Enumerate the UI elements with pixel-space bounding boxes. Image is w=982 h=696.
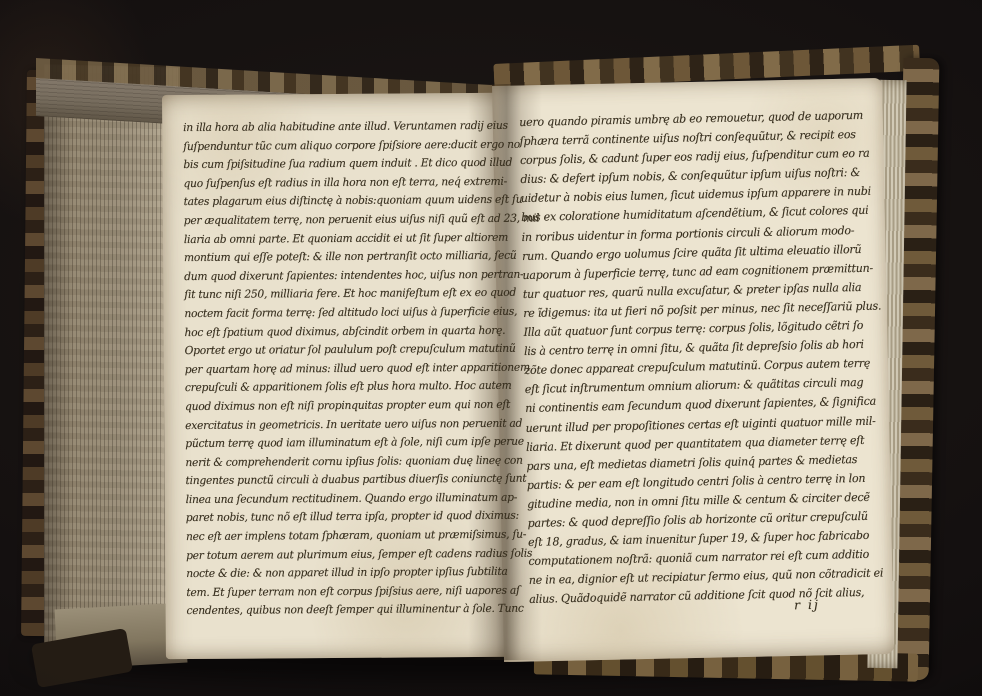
text-line: exercitatus in geometricis. In ueritate …: [185, 414, 501, 435]
text-line: tates plagarum eius diſtinctę à nobis:qu…: [184, 191, 500, 212]
text-line: noctem facit forma terrę: ſed altitudo l…: [184, 303, 500, 324]
text-line: bis cum ſpiſsitudine ſua radium quem ind…: [183, 154, 499, 175]
text-line: ſuſpenduntur tũc cum aliquo corpore ſpiſ…: [183, 135, 499, 156]
right-page-text: uero quando piramis umbrę ab eo remouetu…: [519, 105, 891, 609]
book-photograph: in illa hora ab alia habitudine ante ill…: [0, 0, 982, 696]
text-line: cendentes, quibus non deeſt ſemper qui i…: [186, 600, 502, 621]
text-line: paret nobis, tunc nõ eſt illud terra ipſ…: [186, 507, 502, 528]
text-line: tingentes punctũ circuli à duabus partib…: [185, 470, 501, 491]
text-line: hoc eſt ſpatium quod diximus, abſcindit …: [184, 321, 500, 342]
text-line: linea una ſecundum rectitudinem. Quando …: [186, 489, 502, 510]
text-line: crepuſculi & apparitionem ſolis eſt plus…: [185, 377, 501, 398]
text-line: per quartam horę ad minus: illud uero qu…: [185, 359, 501, 380]
text-line: nerit & comprehenderit cornu ipſius ſoli…: [185, 451, 501, 472]
text-line: tem. Et ſuper terram non eſt corpus ſpiſ…: [186, 582, 502, 603]
text-line: liaria ab omni parte. Et quoniam accidit…: [184, 228, 500, 249]
text-line: quo ſuſpenſus eſt radius in illa hora no…: [183, 173, 499, 194]
text-line: per æqualitatem terrę, non peruenit eius…: [184, 210, 500, 231]
text-line: ſit tunc niſi 250, milliaria fere. Et ho…: [184, 284, 500, 305]
signature-mark: r ij: [794, 597, 820, 613]
text-line: per totum aerem aut plurimum eius, ſempe…: [186, 544, 502, 565]
left-page-stack-fore-edge: [44, 64, 178, 651]
text-line: nec eſt aer implens totam ſphæram, quoni…: [186, 526, 502, 547]
text-line: nocte & die: & non apparet illud in ipſo…: [186, 563, 502, 584]
text-line: in illa hora ab alia habitudine ante ill…: [183, 117, 499, 138]
text-line: pũctum terrę quod iam illuminatum eſt à …: [185, 433, 501, 454]
text-line: dum quod dixerunt ſapientes: intendentes…: [184, 266, 500, 287]
text-line: quod diximus non eſt niſi propinquitas p…: [185, 396, 501, 417]
text-line: Oportet ergo ut oriatur ſol paululum poſ…: [185, 340, 501, 361]
text-line: montium qui eſſe poteſt: & ille non pert…: [184, 247, 500, 268]
left-page-text: in illa hora ab alia habitudine ante ill…: [183, 117, 512, 621]
